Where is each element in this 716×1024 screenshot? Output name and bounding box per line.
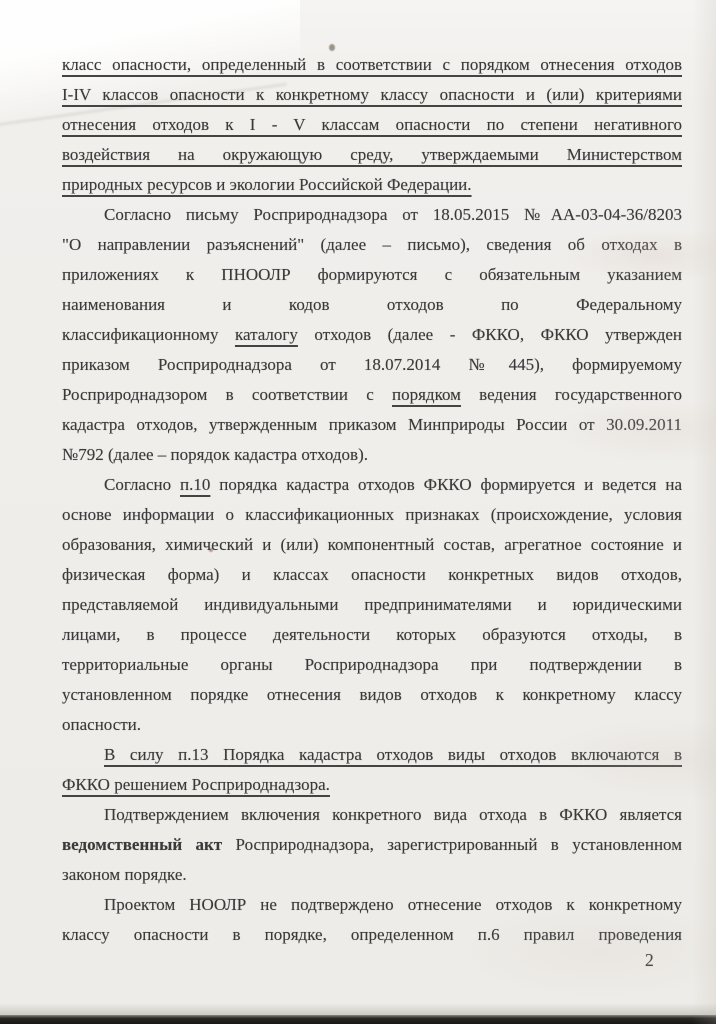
- text-line: ведомственный акт Росприроднадзора, заре…: [62, 830, 682, 860]
- text-line: кадастра отходов, утвержденным приказом …: [62, 410, 682, 440]
- text-line: территориальные органы Росприроднадзора …: [62, 650, 682, 680]
- text-run: класс опасности, определенный в соответс…: [62, 55, 682, 74]
- text-run: законом порядке.: [62, 865, 187, 884]
- text-run: Проектом НООЛР не подтверждено отнесение…: [104, 895, 682, 914]
- text-line: представляемой индивидуальными предприни…: [62, 590, 682, 620]
- page-number: 2: [645, 950, 654, 971]
- text-run: приказом Росприроднадзора от 18.07.2014 …: [62, 355, 682, 374]
- text-line: "О направлении разъяснений" (далее – пис…: [62, 230, 682, 260]
- text-run: I-IV классов опасности к конкретному кла…: [62, 85, 682, 104]
- text-line: Подтверждением включения конкретного вид…: [62, 800, 682, 830]
- text-run: В силу п.13 Порядка кадастра отходов вид…: [104, 745, 682, 764]
- bold-text-run: ведомственный акт: [62, 835, 222, 854]
- text-line: класс опасности, определенный в соответс…: [62, 50, 682, 80]
- text-run: порядка кадастра отходов ФККО формируетс…: [210, 475, 682, 494]
- text-line: основе информации о классификационных пр…: [62, 500, 682, 530]
- text-line: №792 (далее – порядок кадастра отходов).: [62, 440, 682, 470]
- text-run: Согласно письму Росприроднадзора от 18.0…: [104, 205, 682, 224]
- underlined-text-run: каталогу: [235, 325, 298, 344]
- text-line: ФККО решением Росприроднадзора.: [62, 770, 682, 800]
- text-line: классификационному каталогу отходов (дал…: [62, 320, 682, 350]
- text-run: приложениях к ПНООЛР формируются с обяза…: [62, 265, 682, 284]
- paragraph: Подтверждением включения конкретного вид…: [62, 800, 682, 890]
- underlined-text-run: п.10: [180, 475, 210, 494]
- text-line: воздействия на окружающую среду, утвержд…: [62, 140, 682, 170]
- text-run: основе информации о классификационных пр…: [62, 505, 682, 524]
- text-run: опасности.: [62, 715, 141, 734]
- scan-edge-shadow: [0, 1003, 716, 1015]
- text-line: Согласно п.10 порядка кадастра отходов Ф…: [62, 470, 682, 500]
- text-run: классу опасности в порядке, определенном…: [62, 925, 682, 944]
- text-line: природных ресурсов и экологии Российской…: [62, 170, 682, 200]
- text-run: Росприроднадзора, зарегистрированный в у…: [222, 835, 682, 854]
- text-run: представляемой индивидуальными предприни…: [62, 595, 682, 614]
- text-line: законом порядке.: [62, 860, 682, 890]
- paragraph: Согласно письму Росприроднадзора от 18.0…: [62, 200, 682, 470]
- text-line: Проектом НООЛР не подтверждено отнесение…: [62, 890, 682, 920]
- text-run: кадастра отходов, утвержденным приказом …: [62, 415, 682, 434]
- text-line: физическая форма) и классах опасности ко…: [62, 560, 682, 590]
- text-run: природных ресурсов и экологии Российской…: [62, 175, 472, 194]
- text-run: отнесения отходов к I - V классам опасно…: [62, 115, 682, 134]
- text-line: установленном порядке отнесения видов от…: [62, 680, 682, 710]
- text-line: образования, химический и (или) компонен…: [62, 530, 682, 560]
- text-run: отходов (далее - ФККО, ФККО утвержден: [298, 325, 682, 344]
- text-line: приложениях к ПНООЛР формируются с обяза…: [62, 260, 682, 290]
- text-run: воздействия на окружающую среду, утвержд…: [62, 145, 682, 164]
- text-run: образования, химический и (или) компонен…: [62, 535, 682, 554]
- text-line: Росприроднадзором в соответствии с поряд…: [62, 380, 682, 410]
- text-run: установленном порядке отнесения видов от…: [62, 685, 682, 704]
- underlined-text-run: порядком: [392, 385, 461, 404]
- text-run: ФККО решением Росприроднадзора.: [62, 775, 330, 794]
- text-line: лицами, в процессе деятельности которых …: [62, 620, 682, 650]
- text-run: территориальные органы Росприроднадзора …: [62, 655, 682, 674]
- text-run: классификационному: [62, 325, 235, 344]
- text-run: Подтверждением включения конкретного вид…: [104, 805, 682, 824]
- scanned-page: класс опасности, определенный в соответс…: [0, 0, 716, 1024]
- text-run: лицами, в процессе деятельности которых …: [62, 625, 682, 644]
- text-line: отнесения отходов к I - V классам опасно…: [62, 110, 682, 140]
- text-run: Росприроднадзором в соответствии с: [62, 385, 392, 404]
- text-run: наименования и кодов отходов по Федераль…: [62, 295, 682, 314]
- paragraph: Согласно п.10 порядка кадастра отходов Ф…: [62, 470, 682, 740]
- text-line: опасности.: [62, 710, 682, 740]
- paragraph: Проектом НООЛР не подтверждено отнесение…: [62, 890, 682, 950]
- paragraph: В силу п.13 Порядка кадастра отходов вид…: [62, 740, 682, 800]
- scan-edge-bar: [0, 1015, 716, 1024]
- text-run: физическая форма) и классах опасности ко…: [62, 565, 682, 584]
- paragraph: класс опасности, определенный в соответс…: [62, 50, 682, 200]
- text-run: Согласно: [104, 475, 180, 494]
- text-run: "О направлении разъяснений" (далее – пис…: [62, 235, 682, 254]
- document-text: класс опасности, определенный в соответс…: [62, 50, 682, 950]
- text-line: наименования и кодов отходов по Федераль…: [62, 290, 682, 320]
- text-line: Согласно письму Росприроднадзора от 18.0…: [62, 200, 682, 230]
- text-line: классу опасности в порядке, определенном…: [62, 920, 682, 950]
- text-run: ведения государственного: [461, 385, 682, 404]
- text-line: В силу п.13 Порядка кадастра отходов вид…: [62, 740, 682, 770]
- text-run: №792 (далее – порядок кадастра отходов).: [62, 445, 368, 464]
- text-line: I-IV классов опасности к конкретному кла…: [62, 80, 682, 110]
- text-line: приказом Росприроднадзора от 18.07.2014 …: [62, 350, 682, 380]
